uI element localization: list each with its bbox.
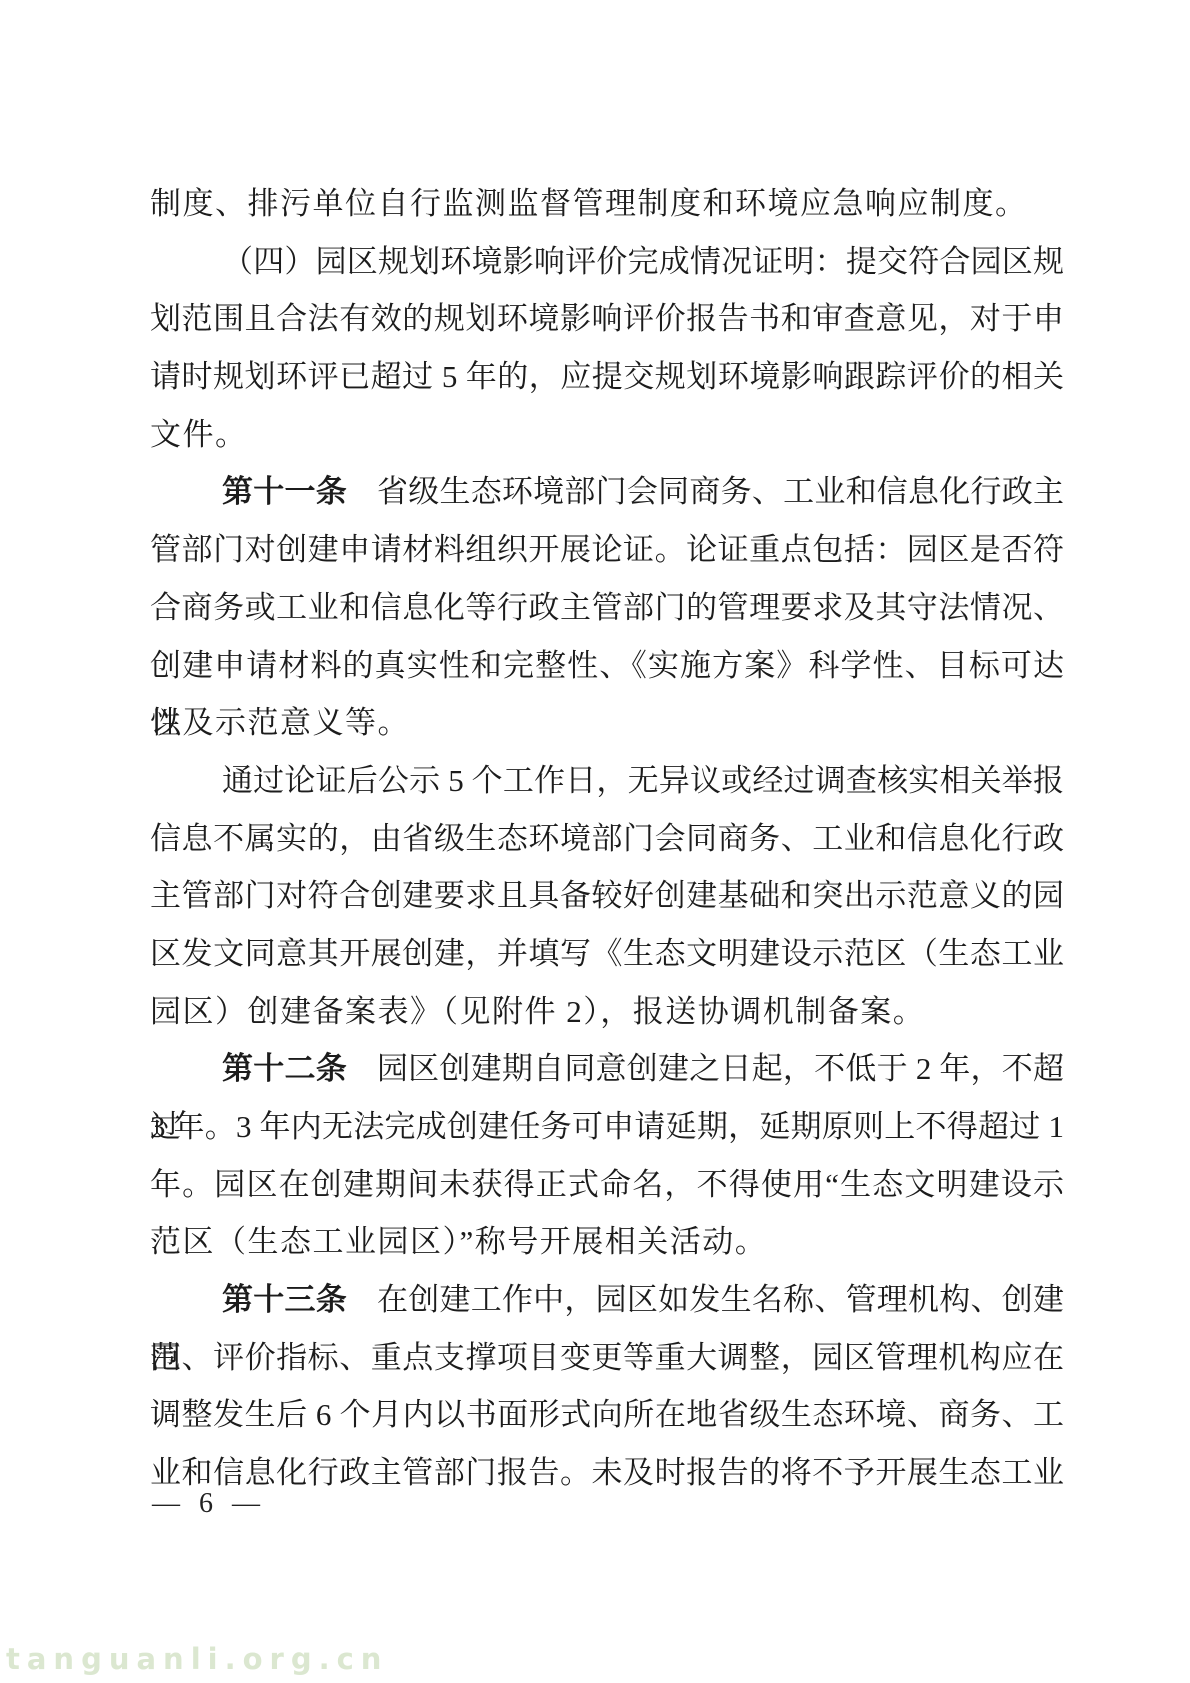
text-line: 划范围且合法有效的规划环境影响评价报告书和审查意见，对于申 — [150, 290, 1064, 348]
text-line: 创建申请材料的真实性和完整性、《实施方案》科学性、目标可达性 — [150, 637, 1064, 695]
text-line: 文件。 — [150, 406, 1064, 464]
article-number: 第十二条 — [222, 1051, 347, 1086]
text-line: 第十一条省级生态环境部门会同商务、工业和信息化行政主 — [150, 463, 1064, 521]
text-line: 合商务或工业和信息化等行政主管部门的管理要求及其守法情况、 — [150, 579, 1064, 637]
article-number: 第十三条 — [222, 1282, 347, 1317]
text-line: 区发文同意其开展创建，并填写《生态文明建设示范区（生态工业 — [150, 925, 1064, 983]
text-line: 管部门对创建申请材料组织开展论证。论证重点包括：园区是否符 — [150, 521, 1064, 579]
watermark: tanguanli.org.cn — [6, 1642, 388, 1676]
text-line-body: 省级生态环境部门会同商务、工业和信息化行政主 — [377, 474, 1064, 509]
text-line: 以及示范意义等。 — [150, 694, 1064, 752]
text-line: 园区）创建备案表》（见附件 2），报送协调机制备案。 — [150, 983, 1064, 1041]
text-line: 调整发生后 6 个月内以书面形式向所在地省级生态环境、商务、工 — [150, 1386, 1064, 1444]
text-line: 第十三条在创建工作中，园区如发生名称、管理机构、创建范 — [150, 1271, 1064, 1329]
text-line: 3 年。3 年内无法完成创建任务可申请延期，延期原则上不得超过 1 — [150, 1098, 1064, 1156]
text-line: （四）园区规划环境影响评价完成情况证明：提交符合园区规 — [150, 233, 1064, 291]
page-number: — 6 — — [152, 1488, 266, 1520]
text-line: 范区（生态工业园区）”称号开展相关活动。 — [150, 1213, 1064, 1271]
text-line: 业和信息化行政主管部门报告。未及时报告的将不予开展生态工业 — [150, 1444, 1064, 1502]
text-line: 围、评价指标、重点支撑项目变更等重大调整，园区管理机构应在 — [150, 1329, 1064, 1387]
document-text: 制度、排污单位自行监测监督管理制度和环境应急响应制度。 （四）园区规划环境影响评… — [150, 175, 1064, 1502]
text-line: 通过论证后公示 5 个工作日，无异议或经过调查核实相关举报 — [150, 752, 1064, 810]
article-number: 第十一条 — [222, 474, 347, 509]
text-line: 年。园区在创建期间未获得正式命名，不得使用“生态文明建设示 — [150, 1156, 1064, 1214]
document-page: 制度、排污单位自行监测监督管理制度和环境应急响应制度。 （四）园区规划环境影响评… — [0, 0, 1190, 1683]
text-line: 制度、排污单位自行监测监督管理制度和环境应急响应制度。 — [150, 175, 1064, 233]
text-line: 信息不属实的，由省级生态环境部门会同商务、工业和信息化行政 — [150, 810, 1064, 868]
text-line: 请时规划环评已超过 5 年的，应提交规划环境影响跟踪评价的相关 — [150, 348, 1064, 406]
text-line: 主管部门对符合创建要求且具备较好创建基础和突出示范意义的园 — [150, 867, 1064, 925]
text-line: 第十二条园区创建期自同意创建之日起，不低于 2 年，不超过 — [150, 1040, 1064, 1098]
